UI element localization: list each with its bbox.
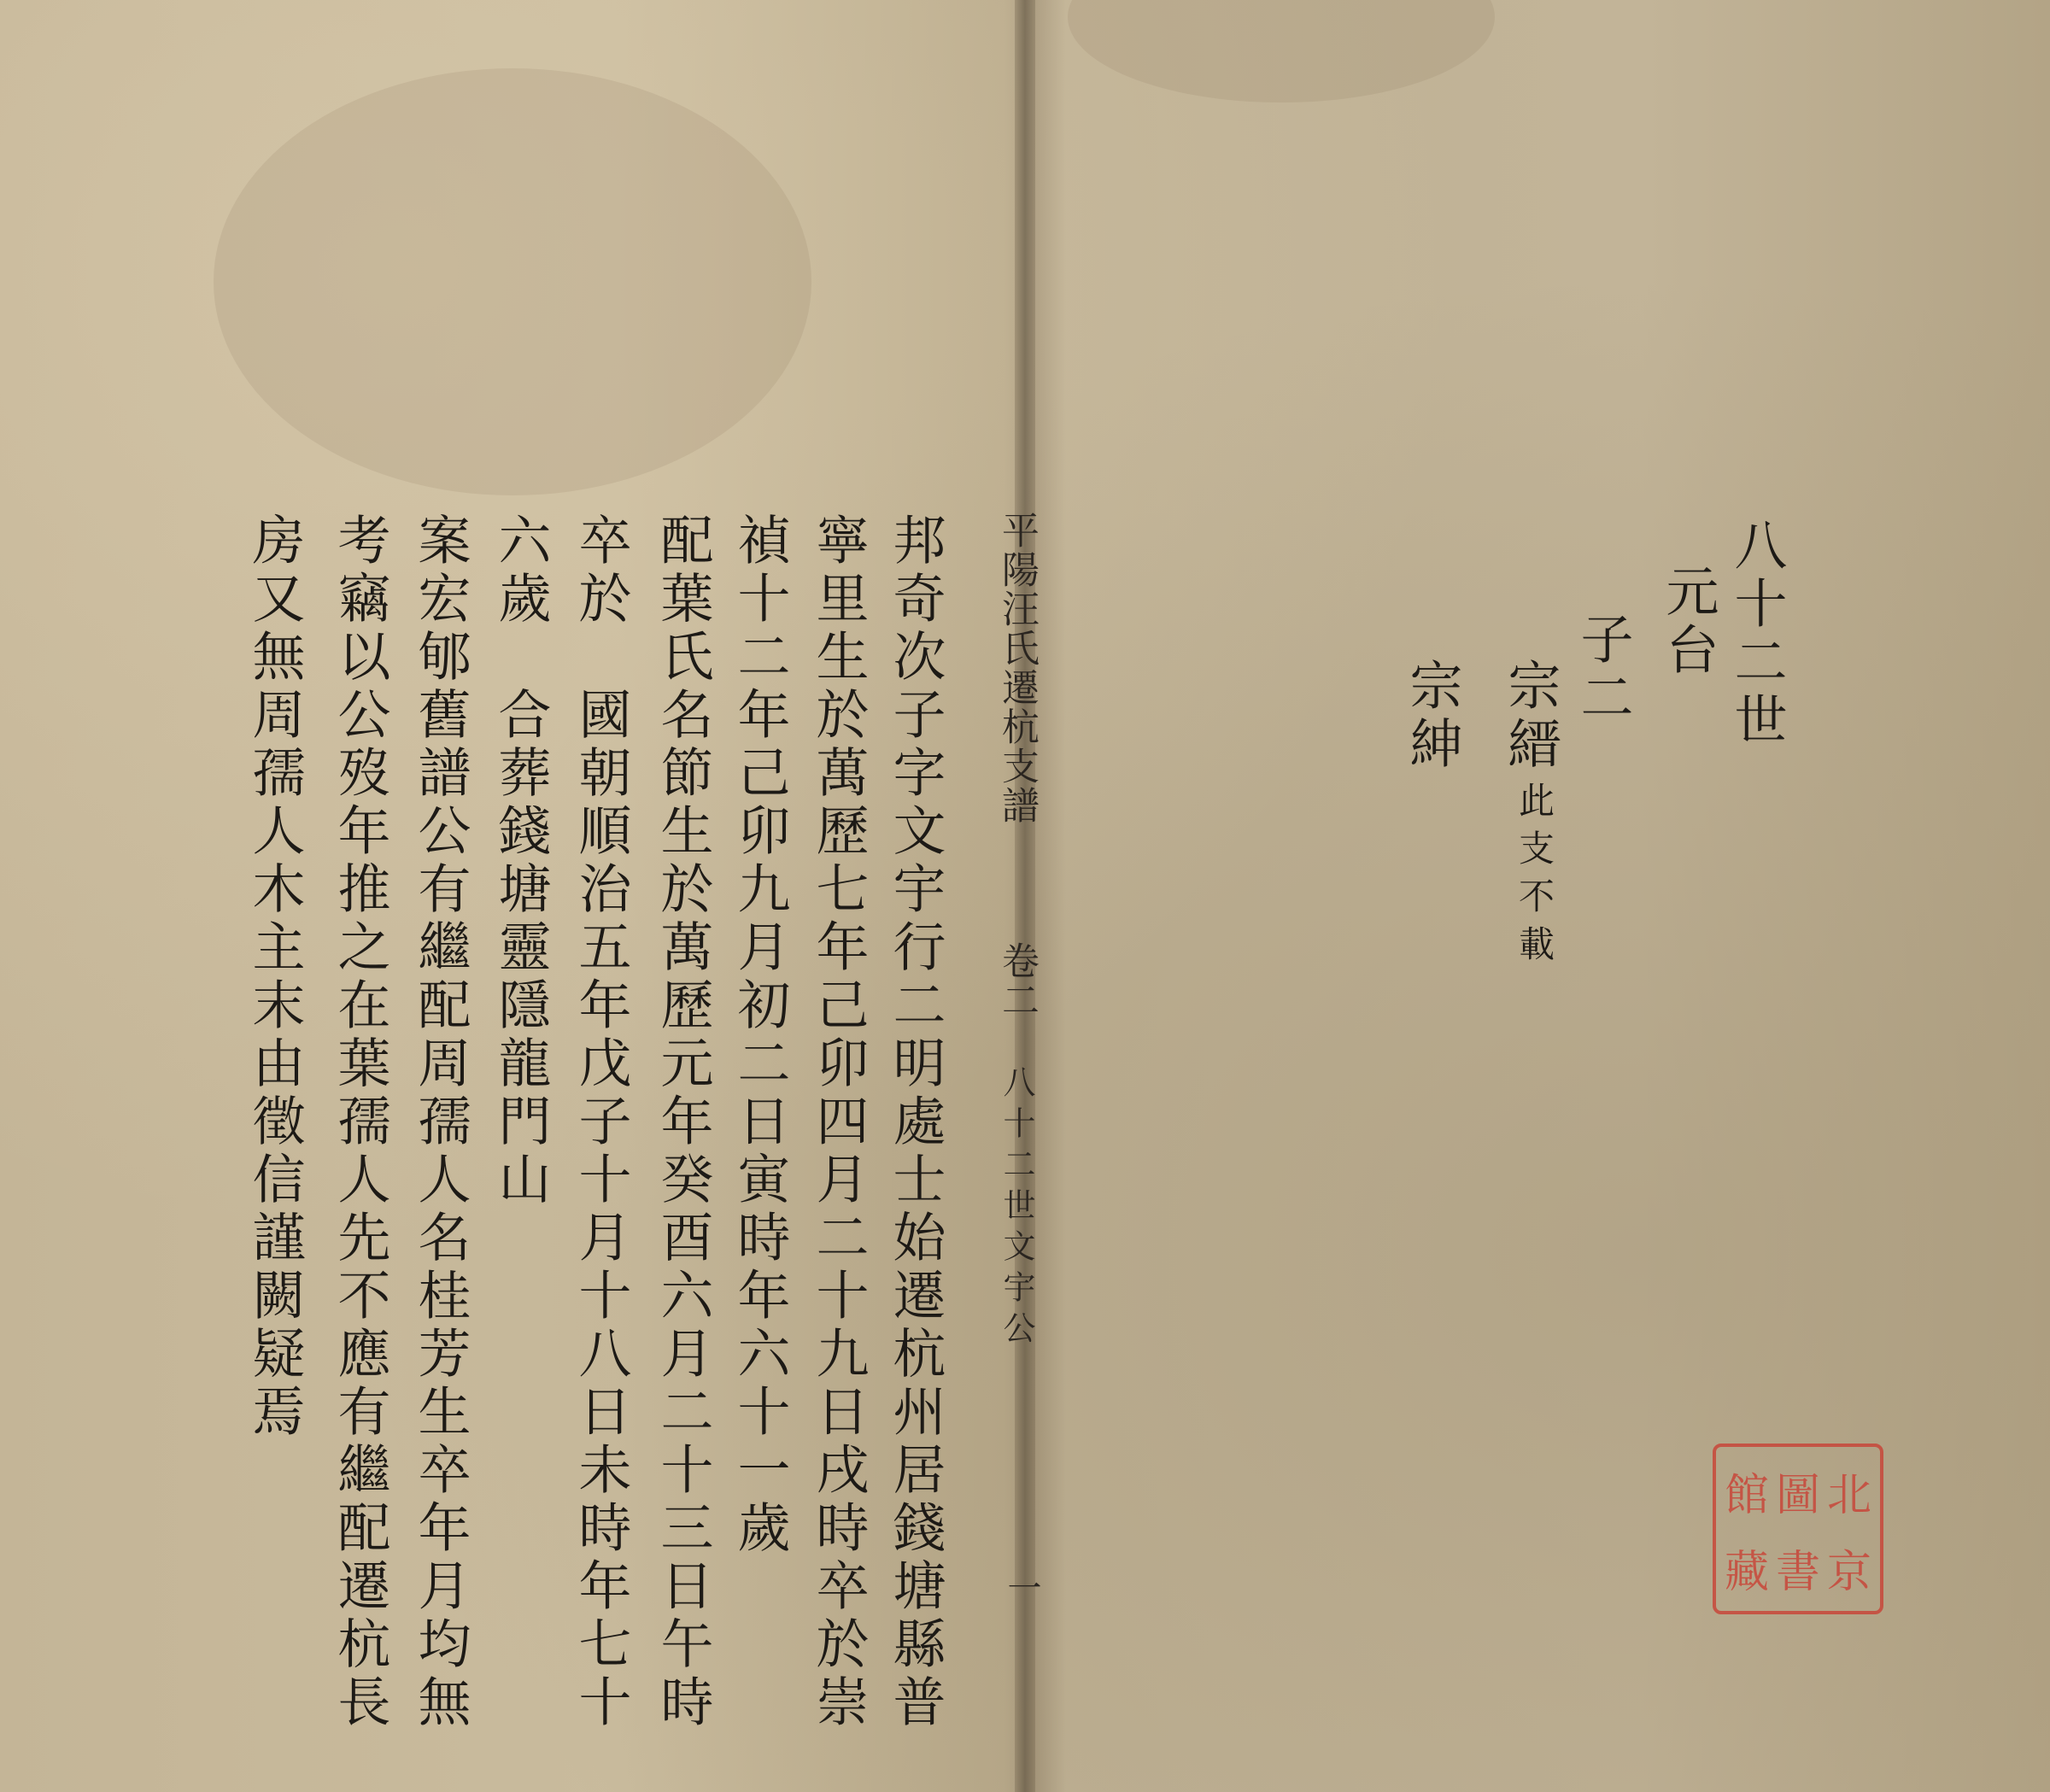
left-page: 邦奇次子字文宇行二明處士始遷杭州居錢塘縣普 寧里生於萬歷七年己卯四月二十九日戌時… bbox=[0, 0, 1016, 1792]
text-column-8: 考竊以公歿年推之在葉孺人先不應有繼配遷杭長 bbox=[333, 512, 386, 1732]
son-2-name: 宗紳 bbox=[1405, 658, 1458, 774]
ancestor-name: 元台 bbox=[1661, 564, 1714, 680]
text-column-2: 寧里生於萬歷七年己卯四月二十九日戌時卒於崇 bbox=[811, 512, 864, 1732]
son-1-note: 此支不載 bbox=[1516, 782, 1552, 973]
text-column-5: 卒於 國朝順治五年戊子十月十八日未時年七十 bbox=[574, 512, 627, 1732]
son-1-name: 宗縉 bbox=[1503, 658, 1556, 774]
text-column-7: 案宏郇舊譜公有繼配周孺人名桂芳生卒年月均無 bbox=[413, 512, 466, 1732]
seal-char: 館 bbox=[1721, 1459, 1772, 1523]
sons-count: 子二 bbox=[1576, 612, 1629, 728]
right-page: 八十二世 元台 子二 宗縉 此支不載 宗紳 bbox=[1029, 0, 2050, 1792]
seal-char: 藏 bbox=[1721, 1536, 1772, 1600]
seal-char: 北 bbox=[1824, 1459, 1875, 1523]
text-column-9: 房又無周孺人木主末由徵信謹闕疑焉 bbox=[248, 512, 301, 1442]
library-seal: 北 京 圖 書 館 藏 bbox=[1713, 1444, 1883, 1614]
text-column-4: 配葉氏名節生於萬歷元年癸酉六月二十三日午時 bbox=[656, 512, 709, 1732]
seal-char: 京 bbox=[1824, 1536, 1875, 1600]
seal-char: 書 bbox=[1772, 1536, 1824, 1600]
seal-char: 圖 bbox=[1772, 1459, 1824, 1523]
generation-heading: 八十二世 bbox=[1730, 518, 1783, 750]
text-column-3: 禎十二年己卯九月初二日寅時年六十一歲 bbox=[733, 512, 786, 1558]
text-column-6: 六歲 合葬錢塘靈隱龍門山 bbox=[494, 512, 547, 1209]
text-column-1: 邦奇次子字文宇行二明處士始遷杭州居錢塘縣普 bbox=[888, 512, 941, 1732]
book-spread: 邦奇次子字文宇行二明處士始遷杭州居錢塘縣普 寧里生於萬歷七年己卯四月二十九日戌時… bbox=[0, 0, 2050, 1792]
